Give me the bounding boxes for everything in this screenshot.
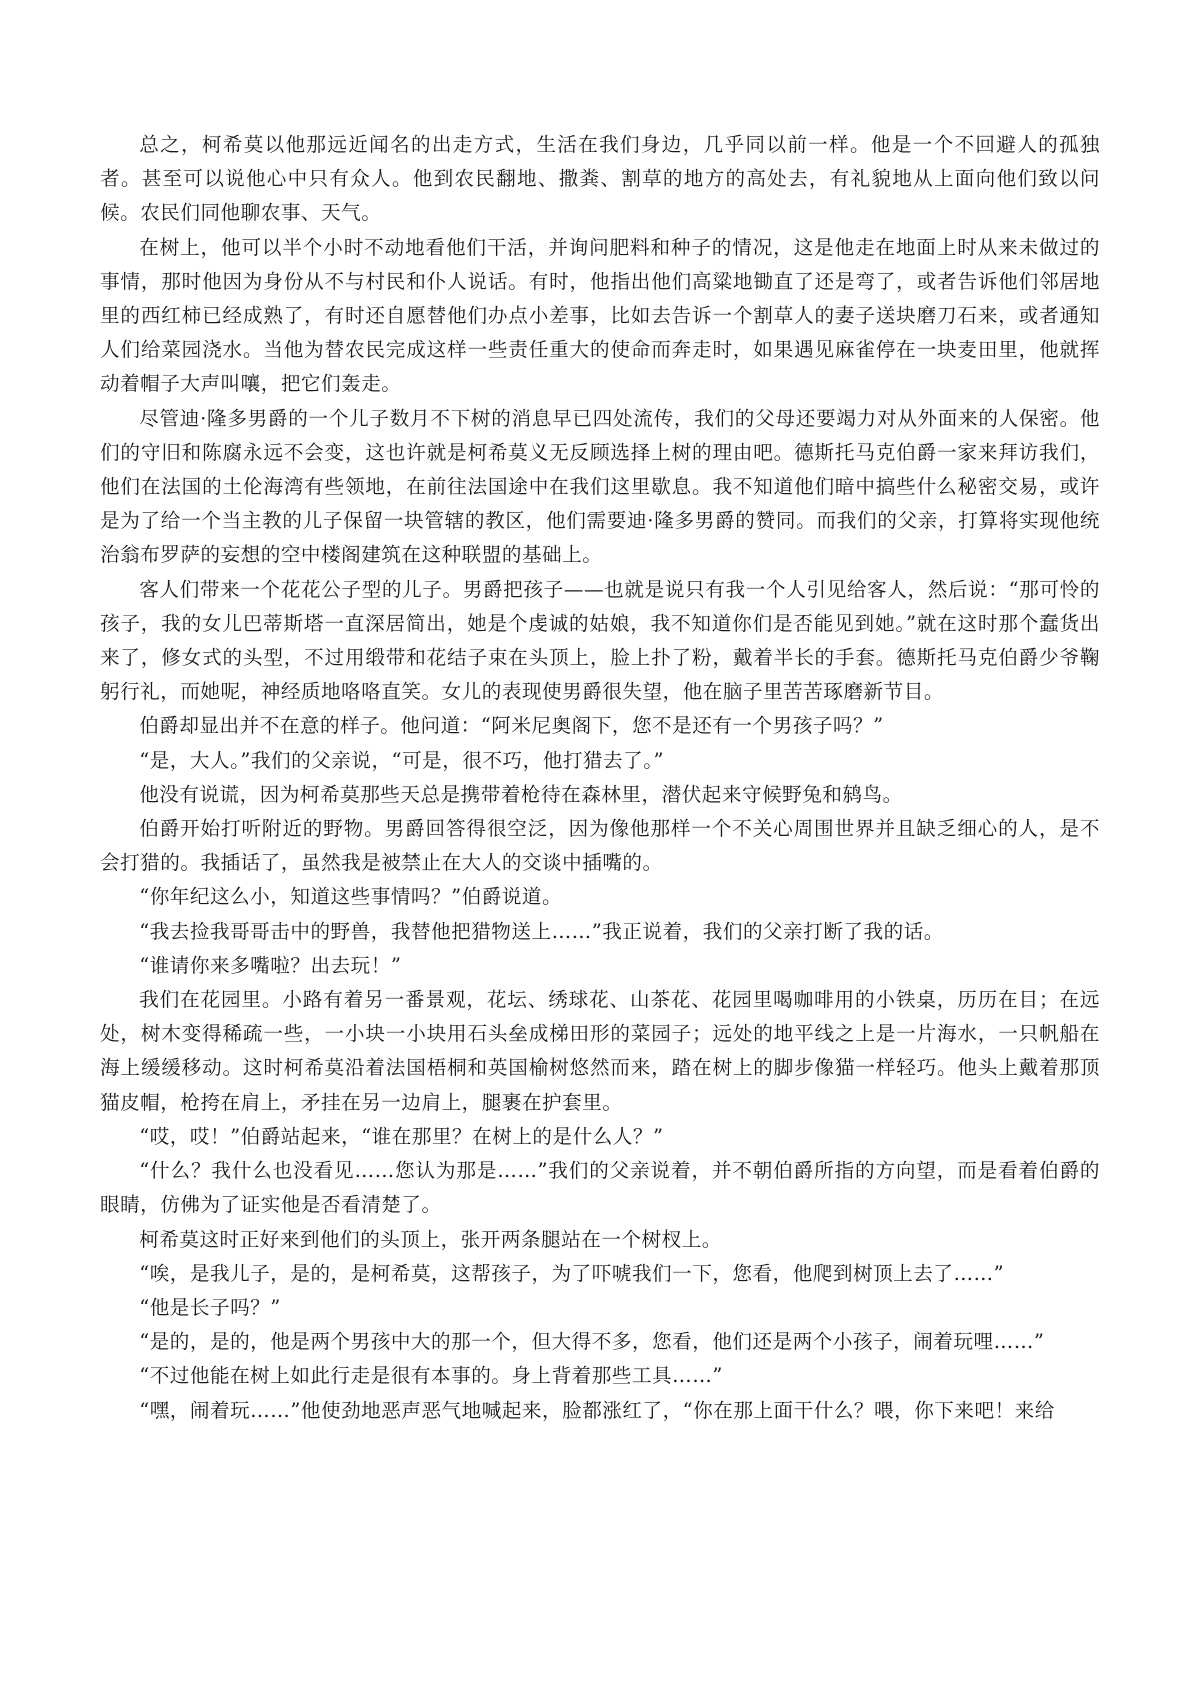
paragraph: 他没有说谎，因为柯希莫那些天总是携带着枪待在森林里，潜伏起来守候野兔和鸫鸟。 xyxy=(100,778,1100,812)
paragraph: “嘿，闹着玩……”他使劲地恶声恶气地喊起来，脸都涨红了，“你在那上面干什么？喂，… xyxy=(100,1394,1100,1428)
paragraph: 柯希莫这时正好来到他们的头顶上，张开两条腿站在一个树杈上。 xyxy=(100,1223,1100,1257)
paragraph: 伯爵却显出并不在意的样子。他问道：“阿米尼奥阁下，您不是还有一个男孩子吗？” xyxy=(100,709,1100,743)
paragraph: 我们在花园里。小路有着另一番景观，花坛、绣球花、山茶花、花园里喝咖啡用的小铁桌，… xyxy=(100,983,1100,1120)
paragraph: 总之，柯希莫以他那远近闻名的出走方式，生活在我们身边，几乎同以前一样。他是一个不… xyxy=(100,128,1100,231)
paragraph: “谁请你来多嘴啦？出去玩！” xyxy=(100,949,1100,983)
paragraph: “他是长子吗？” xyxy=(100,1291,1100,1325)
paragraph: 在树上，他可以半个小时不动地看他们干活，并询问肥料和种子的情况，这是他走在地面上… xyxy=(100,231,1100,402)
paragraph: “不过他能在树上如此行走是很有本事的。身上背着那些工具……” xyxy=(100,1359,1100,1393)
paragraph: 客人们带来一个花花公子型的儿子。男爵把孩子——也就是说只有我一个人引见给客人，然… xyxy=(100,573,1100,710)
document-page: 总之，柯希莫以他那远近闻名的出走方式，生活在我们身边，几乎同以前一样。他是一个不… xyxy=(100,128,1100,1428)
paragraph: 伯爵开始打听附近的野物。男爵回答得很空泛，因为像他那样一个不关心周围世界并且缺乏… xyxy=(100,812,1100,880)
paragraph: “什么？我什么也没看见……您认为那是……”我们的父亲说着，并不朝伯爵所指的方向望… xyxy=(100,1154,1100,1222)
paragraph: “哎，哎！”伯爵站起来，“谁在那里？在树上的是什么人？” xyxy=(100,1120,1100,1154)
paragraph: “唉，是我儿子，是的，是柯希莫，这帮孩子，为了吓唬我们一下，您看，他爬到树顶上去… xyxy=(100,1257,1100,1291)
paragraph: “你年纪这么小，知道这些事情吗？”伯爵说道。 xyxy=(100,880,1100,914)
paragraph: “是，大人。”我们的父亲说，“可是，很不巧，他打猎去了。” xyxy=(100,744,1100,778)
paragraph: 尽管迪·隆多男爵的一个儿子数月不下树的消息早已四处流传，我们的父母还要竭力对从外… xyxy=(100,402,1100,573)
paragraph: “我去捡我哥哥击中的野兽，我替他把猎物送上……”我正说着，我们的父亲打断了我的话… xyxy=(100,915,1100,949)
paragraph: “是的，是的，他是两个男孩中大的那一个，但大得不多，您看，他们还是两个小孩子，闹… xyxy=(100,1325,1100,1359)
